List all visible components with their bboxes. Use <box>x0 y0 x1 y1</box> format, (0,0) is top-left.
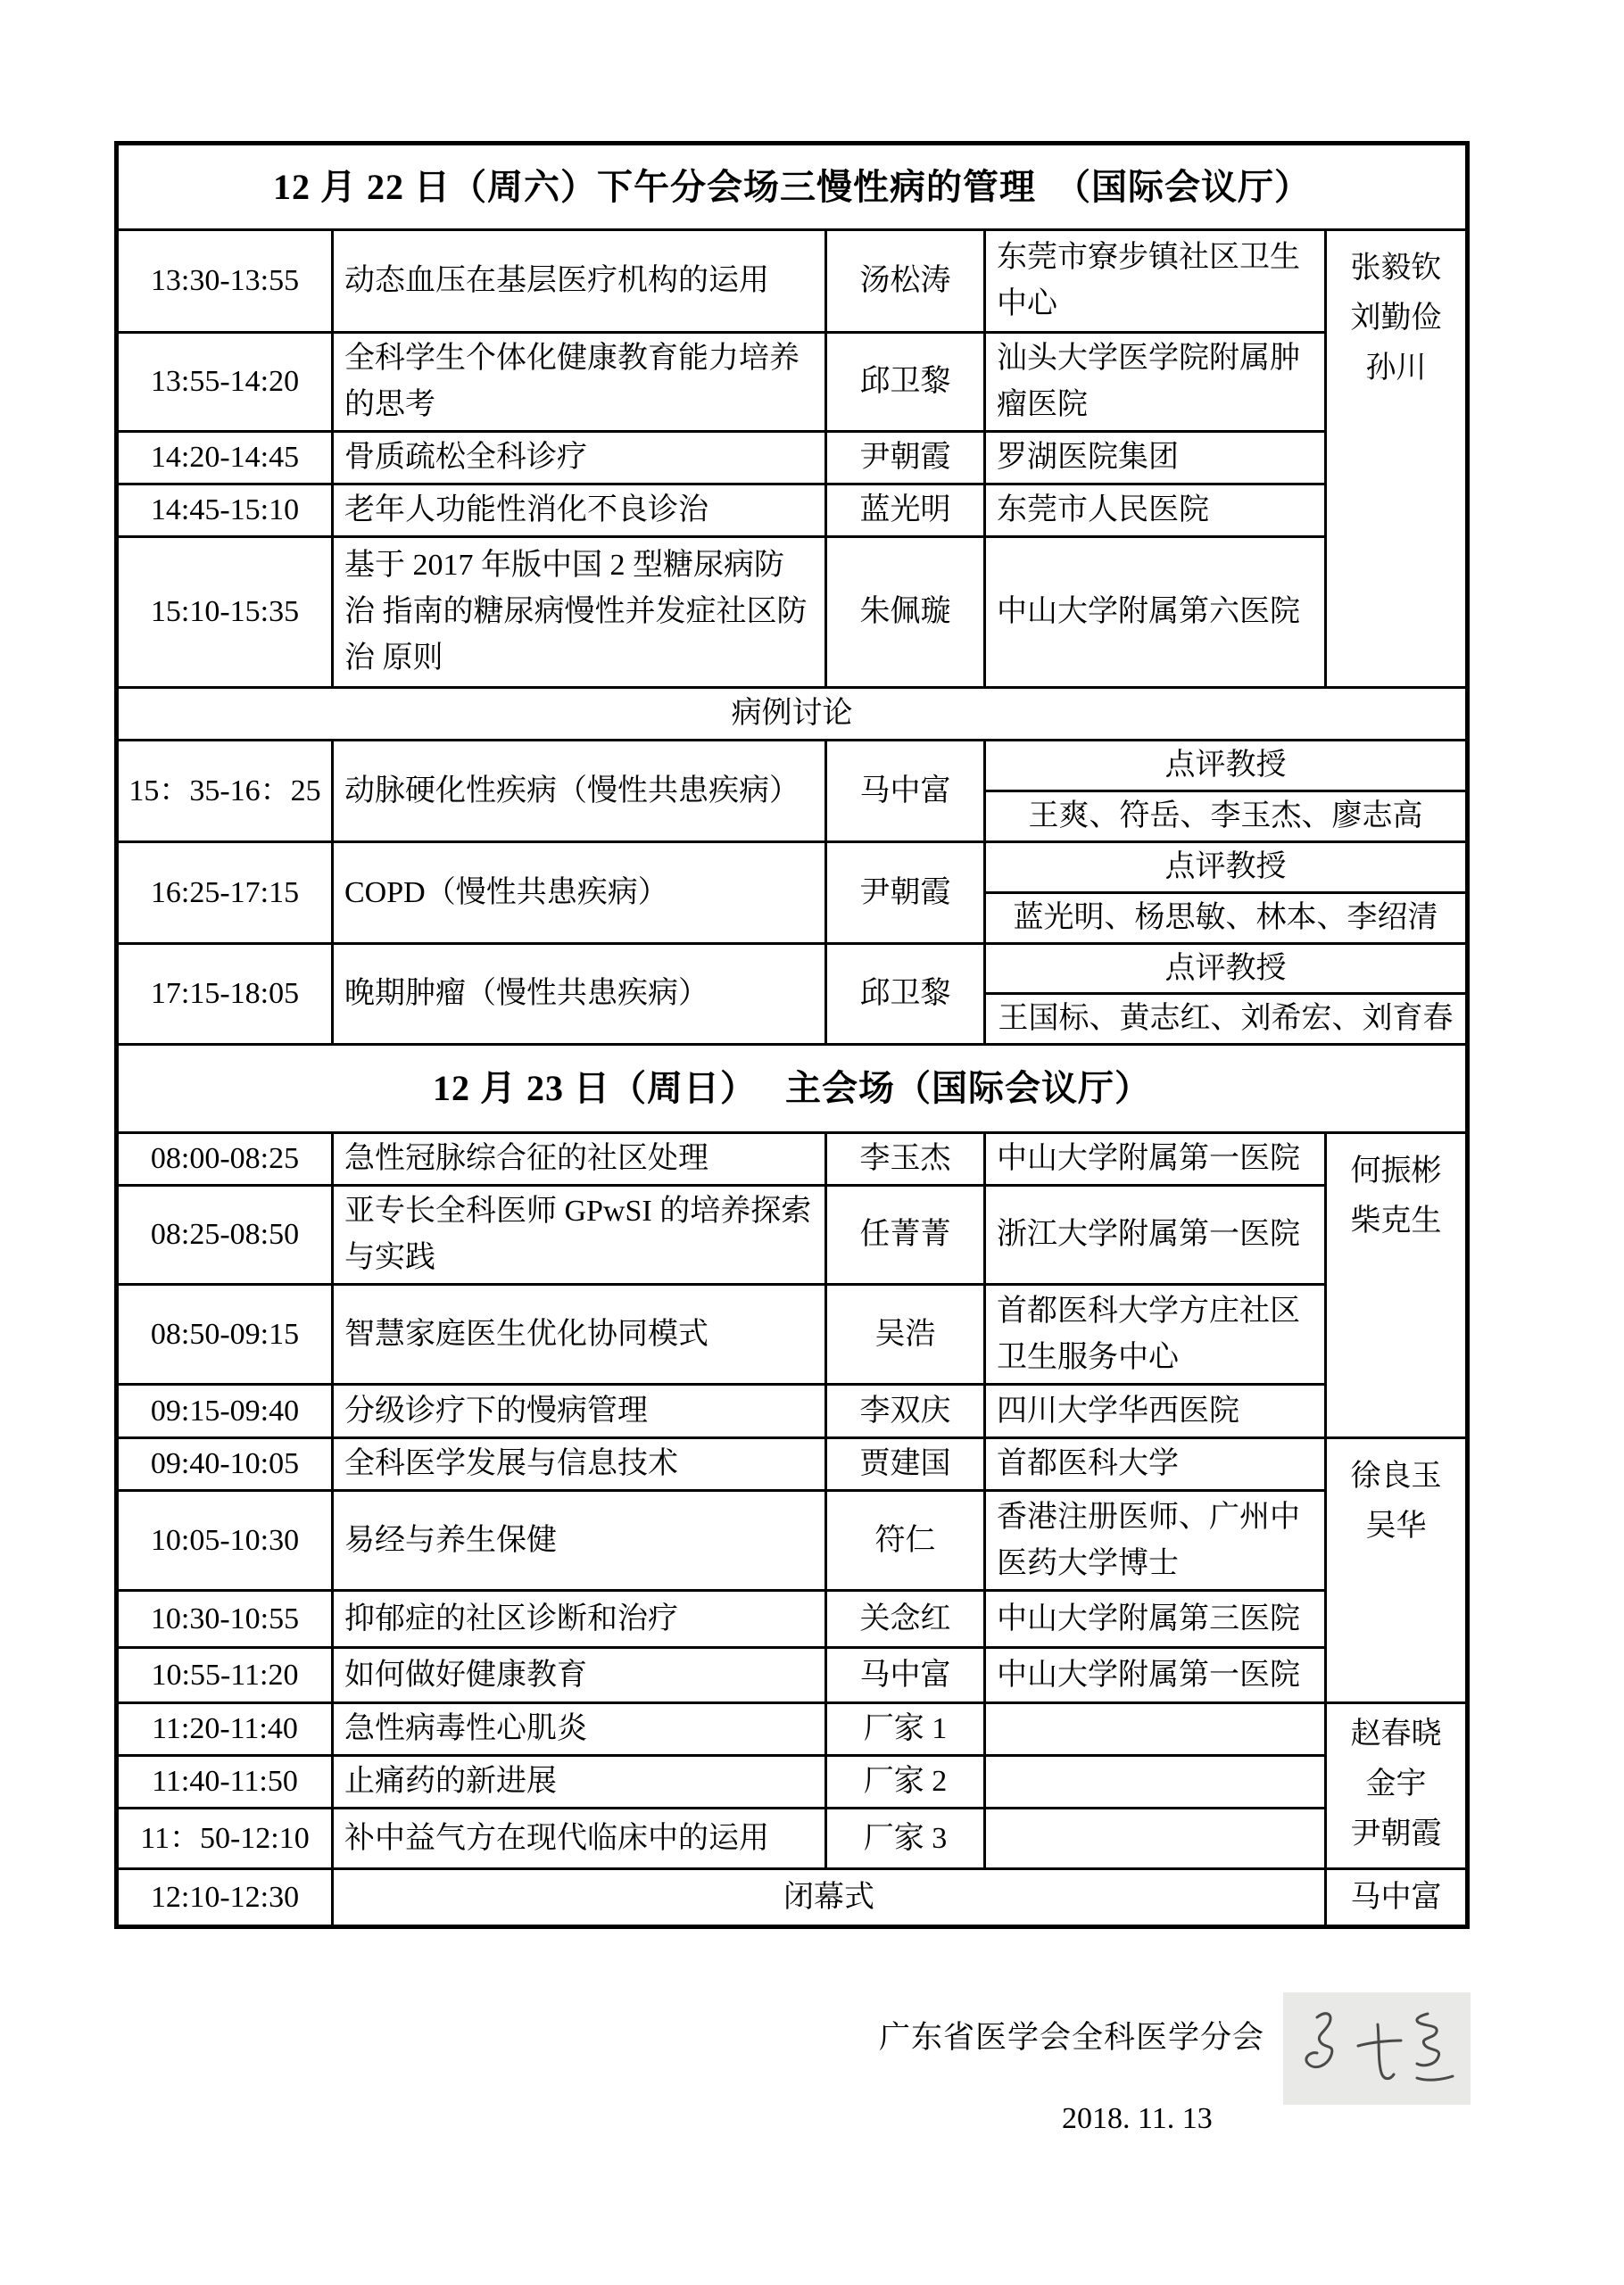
moderator-name: 刘勤俭 <box>1330 294 1462 344</box>
table-row: 10:55-11:20 如何做好健康教育 马中富 中山大学附属第一医院 <box>117 1648 1468 1703</box>
moderator-cell-block-b: 徐良玉 吴华 <box>1326 1438 1468 1703</box>
speaker-cell: 吴浩 <box>826 1285 985 1385</box>
topic-cell: 骨质疏松全科诊疗 <box>333 432 826 484</box>
review-professor-label: 点评教授 <box>985 944 1468 994</box>
time-cell: 08:50-09:15 <box>117 1285 333 1385</box>
org-cell: 香港注册医师、广州中 医药大学博士 <box>985 1491 1326 1591</box>
table-row: 13:55-14:20 全科学生个体化健康教育能力培养 的思考 邱卫黎 汕头大学… <box>117 333 1468 432</box>
org-cell: 东莞市寮步镇社区卫生 中心 <box>985 230 1326 333</box>
speaker-cell: 汤松涛 <box>826 230 985 333</box>
time-cell: 12:10-12:30 <box>117 1869 333 1927</box>
conference-schedule-table: 12 月 22 日（周六）下午分会场三慢性病的管理 （国际会议厅） 13:30-… <box>114 141 1470 1929</box>
moderator-cell-closing: 马中富 <box>1326 1869 1468 1927</box>
org-cell: 汕头大学医学院附属肿 瘤医院 <box>985 333 1326 432</box>
table-row: 11:40-11:50 止痛药的新进展 厂家 2 <box>117 1756 1468 1809</box>
time-cell: 09:15-09:40 <box>117 1385 333 1438</box>
signature-box <box>1283 1992 1471 2105</box>
org-cell <box>985 1756 1326 1809</box>
org-cell: 罗湖医院集团 <box>985 432 1326 484</box>
topic-cell: 智慧家庭医生优化协同模式 <box>333 1285 826 1385</box>
topic-cell: 老年人功能性消化不良诊治 <box>333 484 826 537</box>
table-row: 09:15-09:40 分级诊疗下的慢病管理 李双庆 四川大学华西医院 <box>117 1385 1468 1438</box>
table-row: 15:10-15:35 基于 2017 年版中国 2 型糖尿病防治 指南的糖尿病… <box>117 537 1468 688</box>
moderator-name: 吴华 <box>1330 1502 1462 1552</box>
org-cell <box>985 1809 1326 1869</box>
moderator-name: 赵春晓 <box>1330 1710 1462 1759</box>
case-row: 17:15-18:05 晚期肿瘤（慢性共患疾病） 邱卫黎 点评教授 <box>117 944 1468 994</box>
speaker-cell: 厂家 1 <box>826 1703 985 1756</box>
topic-cell: 动脉硬化性疾病（慢性共患疾病） <box>333 741 826 842</box>
time-cell: 16:25-17:15 <box>117 842 333 944</box>
closing-ceremony-cell: 闭幕式 <box>333 1869 1326 1927</box>
speaker-cell: 朱佩璇 <box>826 537 985 688</box>
speaker-cell: 符仁 <box>826 1491 985 1591</box>
speaker-cell: 关念红 <box>826 1591 985 1648</box>
time-cell: 14:20-14:45 <box>117 432 333 484</box>
table-row: 10:30-10:55 抑郁症的社区诊断和治疗 关念红 中山大学附属第三医院 <box>117 1591 1468 1648</box>
footer-date: 2018. 11. 13 <box>1062 2102 1276 2136</box>
topic-cell: 易经与养生保健 <box>333 1491 826 1591</box>
closing-row: 12:10-12:30 闭幕式 马中富 <box>117 1869 1468 1927</box>
table-row: 14:20-14:45 骨质疏松全科诊疗 尹朝霞 罗湖医院集团 <box>117 432 1468 484</box>
time-cell: 08:00-08:25 <box>117 1133 333 1186</box>
topic-cell: 全科医学发展与信息技术 <box>333 1438 826 1491</box>
moderator-name: 孙川 <box>1330 344 1462 393</box>
table-row: 11：50-12:10 补中益气方在现代临床中的运用 厂家 3 <box>117 1809 1468 1869</box>
section2-title-row: 12 月 23 日（周日） 主会场（国际会议厅） <box>117 1045 1468 1133</box>
case-row: 16:25-17:15 COPD（慢性共患疾病） 尹朝霞 点评教授 <box>117 842 1468 893</box>
time-cell: 10:30-10:55 <box>117 1591 333 1648</box>
topic-cell: 分级诊疗下的慢病管理 <box>333 1385 826 1438</box>
org-cell: 首都医科大学方庄社区 卫生服务中心 <box>985 1285 1326 1385</box>
table-row: 13:30-13:55 动态血压在基层医疗机构的运用 汤松涛 东莞市寮步镇社区卫… <box>117 230 1468 333</box>
org-cell: 中山大学附属第六医院 <box>985 537 1326 688</box>
org-cell: 四川大学华西医院 <box>985 1385 1326 1438</box>
schedule-page: 12 月 22 日（周六）下午分会场三慢性病的管理 （国际会议厅） 13:30-… <box>0 0 1624 2285</box>
time-cell: 11：50-12:10 <box>117 1809 333 1869</box>
moderator-name: 徐良玉 <box>1330 1452 1462 1502</box>
time-cell: 13:30-13:55 <box>117 230 333 333</box>
footer-organization: 广东省医学会全科医学分会 <box>879 2013 1263 2057</box>
topic-cell: 晚期肿瘤（慢性共患疾病） <box>333 944 826 1045</box>
topic-cell: 如何做好健康教育 <box>333 1648 826 1703</box>
speaker-cell: 厂家 3 <box>826 1809 985 1869</box>
speaker-cell: 李双庆 <box>826 1385 985 1438</box>
table-row: 09:40-10:05 全科医学发展与信息技术 贾建国 首都医科大学 徐良玉 吴… <box>117 1438 1468 1491</box>
speaker-cell: 厂家 2 <box>826 1756 985 1809</box>
speaker-cell: 邱卫黎 <box>826 333 985 432</box>
moderator-cell-section1: 张毅钦 刘勤俭 孙川 <box>1326 230 1468 688</box>
table-row: 08:50-09:15 智慧家庭医生优化协同模式 吴浩 首都医科大学方庄社区 卫… <box>117 1285 1468 1385</box>
topic-cell: 急性病毒性心肌炎 <box>333 1703 826 1756</box>
topic-cell: 抑郁症的社区诊断和治疗 <box>333 1591 826 1648</box>
org-cell: 中山大学附属第一医院 <box>985 1133 1326 1186</box>
reviewer-names: 蓝光明、杨思敏、林本、李绍清 <box>985 893 1468 944</box>
table-row: 08:00-08:25 急性冠脉综合征的社区处理 李玉杰 中山大学附属第一医院 … <box>117 1133 1468 1186</box>
signature-scribble-icon <box>1283 1992 1471 2105</box>
table-row: 10:05-10:30 易经与养生保健 符仁 香港注册医师、广州中 医药大学博士 <box>117 1491 1468 1591</box>
speaker-cell: 蓝光明 <box>826 484 985 537</box>
org-cell: 东莞市人民医院 <box>985 484 1326 537</box>
topic-cell: 止痛药的新进展 <box>333 1756 826 1809</box>
time-cell: 15:10-15:35 <box>117 537 333 688</box>
case-discussion-header: 病例讨论 <box>117 688 1468 741</box>
speaker-cell: 贾建国 <box>826 1438 985 1491</box>
moderator-name: 张毅钦 <box>1330 244 1462 294</box>
speaker-cell: 马中富 <box>826 1648 985 1703</box>
time-cell: 10:55-11:20 <box>117 1648 333 1703</box>
reviewer-names: 王国标、黄志红、刘希宏、刘育春 <box>985 994 1468 1045</box>
moderator-name: 金宇 <box>1330 1759 1462 1809</box>
time-cell: 13:55-14:20 <box>117 333 333 432</box>
moderator-cell-block-a: 何振彬 柴克生 <box>1326 1133 1468 1438</box>
table-row: 08:25-08:50 亚专长全科医师 GPwSI 的培养探索 与实践 任菁菁 … <box>117 1186 1468 1285</box>
time-cell: 15：35-16：25 <box>117 741 333 842</box>
org-cell: 首都医科大学 <box>985 1438 1326 1491</box>
topic-cell: 基于 2017 年版中国 2 型糖尿病防治 指南的糖尿病慢性并发症社区防治 原则 <box>333 537 826 688</box>
speaker-cell: 尹朝霞 <box>826 432 985 484</box>
org-cell: 中山大学附属第三医院 <box>985 1591 1326 1648</box>
topic-cell: 动态血压在基层医疗机构的运用 <box>333 230 826 333</box>
time-cell: 09:40-10:05 <box>117 1438 333 1491</box>
time-cell: 11:40-11:50 <box>117 1756 333 1809</box>
case-discussion-header-row: 病例讨论 <box>117 688 1468 741</box>
org-cell: 中山大学附属第一医院 <box>985 1648 1326 1703</box>
review-professor-label: 点评教授 <box>985 842 1468 893</box>
topic-cell: 急性冠脉综合征的社区处理 <box>333 1133 826 1186</box>
moderator-name: 尹朝霞 <box>1330 1809 1462 1859</box>
time-cell: 10:05-10:30 <box>117 1491 333 1591</box>
topic-cell: COPD（慢性共患疾病） <box>333 842 826 944</box>
speaker-cell: 马中富 <box>826 741 985 842</box>
time-cell: 08:25-08:50 <box>117 1186 333 1285</box>
time-cell: 11:20-11:40 <box>117 1703 333 1756</box>
topic-cell: 全科学生个体化健康教育能力培养 的思考 <box>333 333 826 432</box>
time-cell: 14:45-15:10 <box>117 484 333 537</box>
org-cell: 浙江大学附属第一医院 <box>985 1186 1326 1285</box>
section2-title: 12 月 23 日（周日） 主会场（国际会议厅） <box>117 1045 1468 1133</box>
reviewer-names: 王爽、符岳、李玉杰、廖志高 <box>985 791 1468 842</box>
org-cell <box>985 1703 1326 1756</box>
table-row: 14:45-15:10 老年人功能性消化不良诊治 蓝光明 东莞市人民医院 <box>117 484 1468 537</box>
case-row: 15：35-16：25 动脉硬化性疾病（慢性共患疾病） 马中富 点评教授 <box>117 741 1468 791</box>
speaker-cell: 尹朝霞 <box>826 842 985 944</box>
moderator-name: 何振彬 <box>1330 1147 1462 1196</box>
topic-cell: 亚专长全科医师 GPwSI 的培养探索 与实践 <box>333 1186 826 1285</box>
section1-title-row: 12 月 22 日（周六）下午分会场三慢性病的管理 （国际会议厅） <box>117 144 1468 230</box>
section1-title: 12 月 22 日（周六）下午分会场三慢性病的管理 （国际会议厅） <box>117 144 1468 230</box>
speaker-cell: 李玉杰 <box>826 1133 985 1186</box>
moderator-cell-block-c: 赵春晓 金宇 尹朝霞 <box>1326 1703 1468 1869</box>
time-cell: 17:15-18:05 <box>117 944 333 1045</box>
table-row: 11:20-11:40 急性病毒性心肌炎 厂家 1 赵春晓 金宇 尹朝霞 <box>117 1703 1468 1756</box>
moderator-name: 柴克生 <box>1330 1196 1462 1246</box>
topic-cell: 补中益气方在现代临床中的运用 <box>333 1809 826 1869</box>
review-professor-label: 点评教授 <box>985 741 1468 791</box>
speaker-cell: 任菁菁 <box>826 1186 985 1285</box>
speaker-cell: 邱卫黎 <box>826 944 985 1045</box>
